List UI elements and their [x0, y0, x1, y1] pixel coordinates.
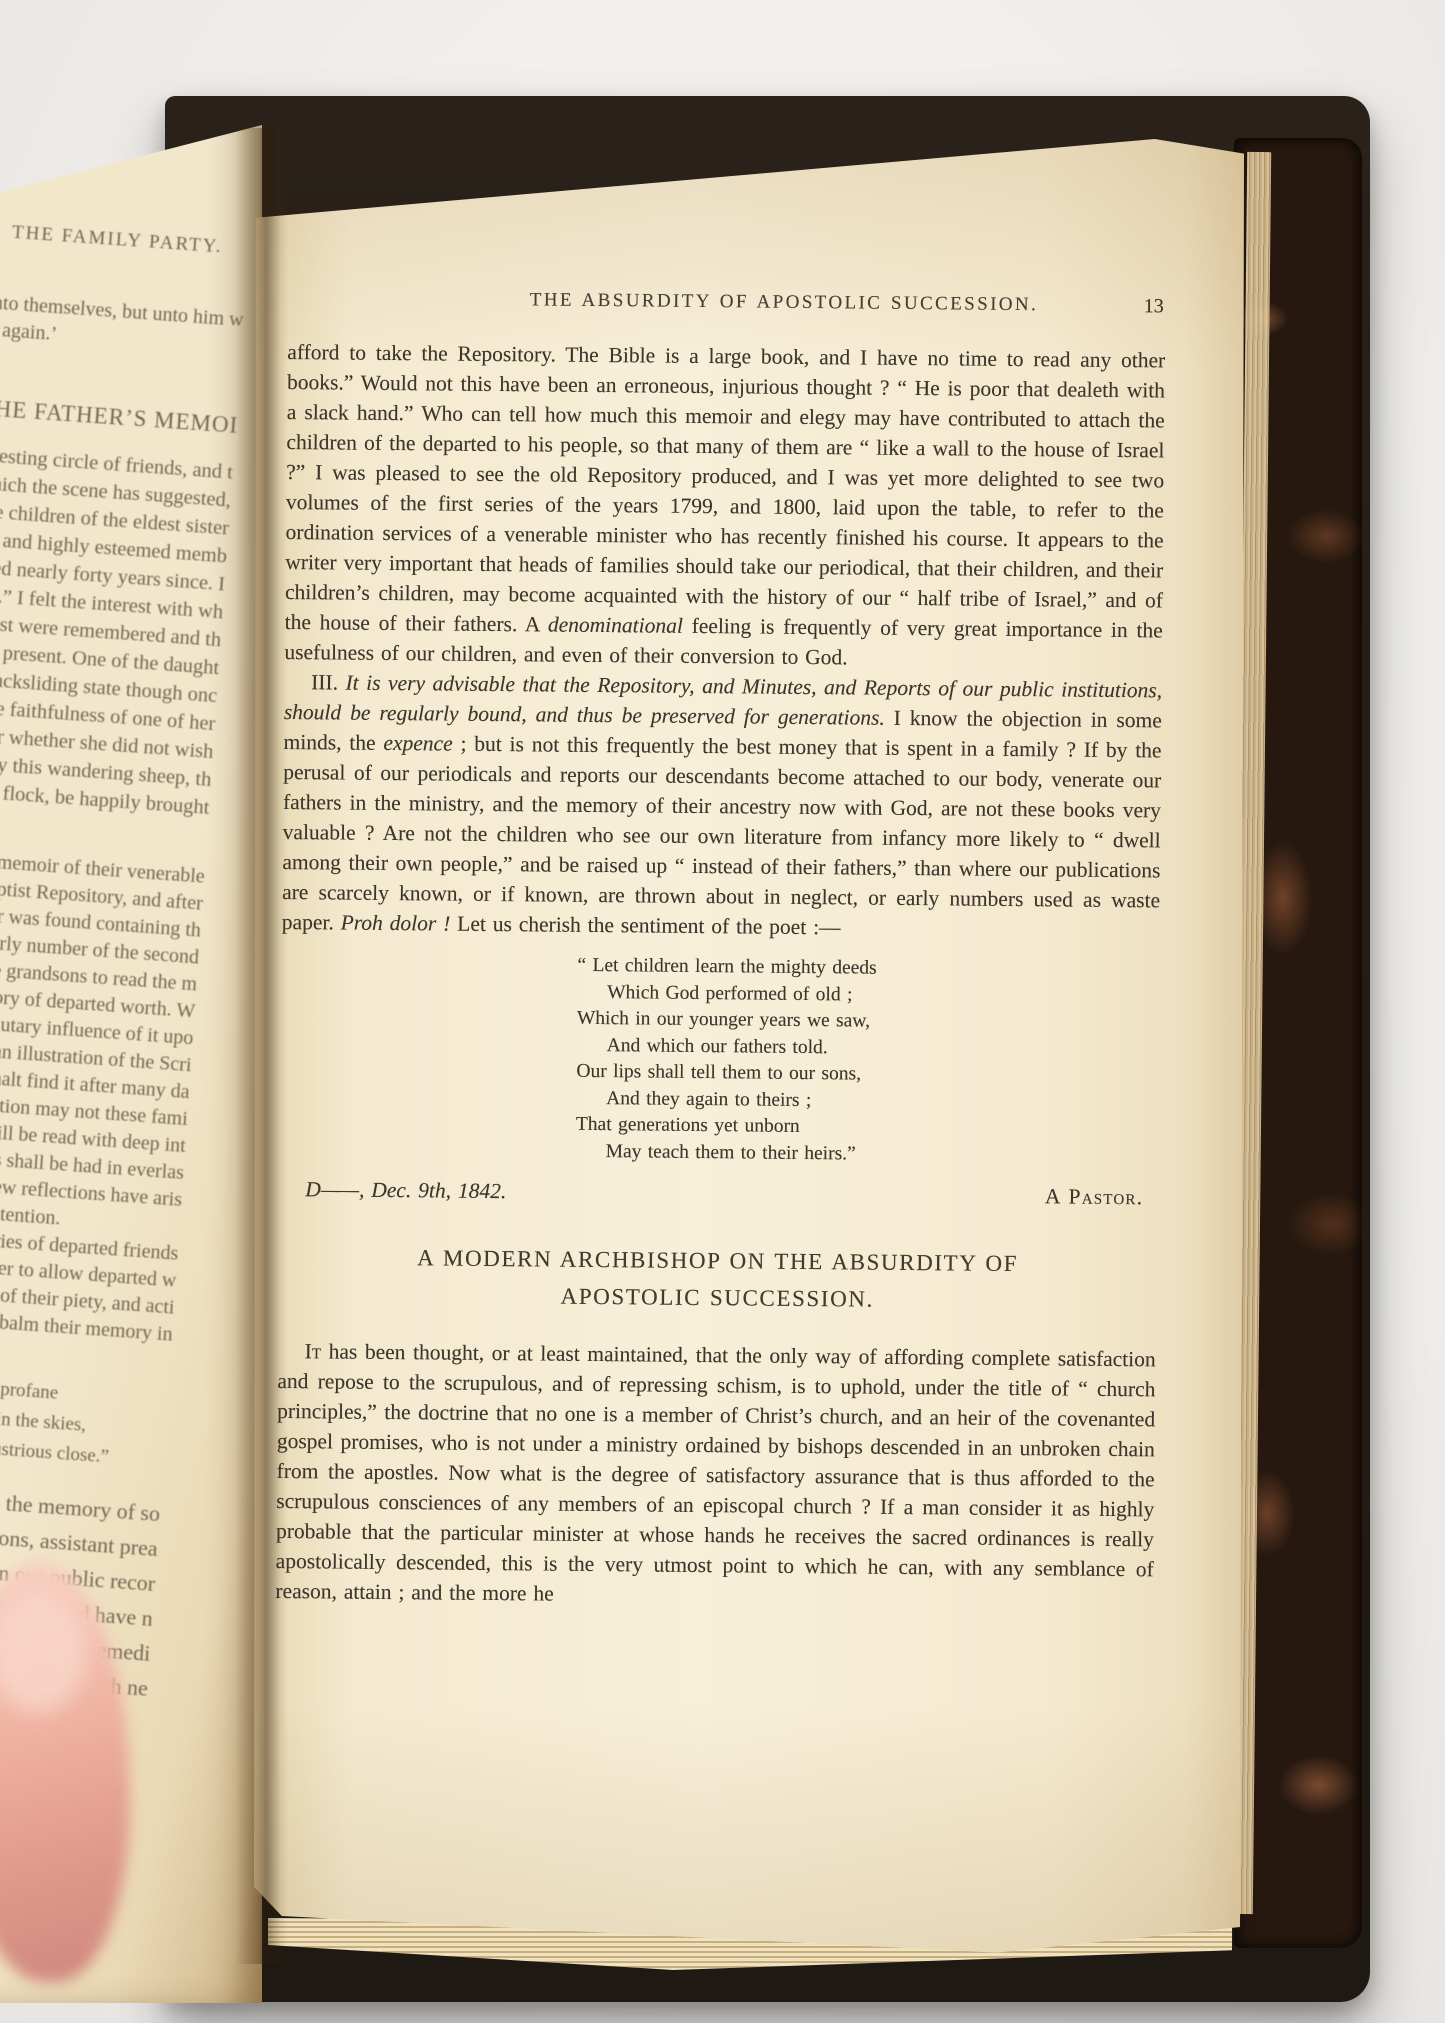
text-run: has been thought, or at least maintained… — [275, 1339, 1155, 1605]
text-run: afford to take the Repository. The Bible… — [285, 340, 1166, 637]
page-number: 13 — [1144, 291, 1164, 321]
left-poem-fragment: t were profane glory lighted in the skie… — [0, 1367, 169, 1476]
header-row: THE ABSURDITY OF APOSTOLIC SUCCESSION. 1… — [288, 283, 1166, 325]
paragraph-repository: afford to take the Repository. The Bible… — [284, 337, 1165, 675]
poem: “ Let children learn the mighty deeds Wh… — [576, 953, 1160, 1171]
left-paragraph-1: ing I met an interesting circle of frien… — [0, 432, 234, 822]
list-numeral: III. — [311, 670, 338, 694]
poem-line: May teach them to their heirs.” — [576, 1138, 1158, 1170]
right-page-text: THE ABSURDITY OF APOSTOLIC SUCCESSION. 1… — [275, 283, 1166, 1614]
paragraph-third-advice: III. It is very advisable that the Repos… — [282, 667, 1163, 945]
book-photo: { "photo": { "backdrop_color": "#f1efec"… — [0, 0, 1445, 2023]
left-paragraph-2: ome one that a memoir of their venerable… — [0, 839, 206, 1349]
section-heading: A MODERN ARCHBISHOP ON THE ABSURDITY OF … — [278, 1238, 1157, 1320]
running-header: THE ABSURDITY OF APOSTOLIC SUCCESSION. — [530, 285, 1039, 320]
text-run-italic: Proh dolor ! — [341, 911, 451, 936]
left-fragment: t henceforth live unto themselves, but u… — [0, 279, 244, 361]
dateline-row: D——, Dec. 9th, 1842. A Pastor. — [279, 1174, 1157, 1212]
text-run-italic: denominational — [548, 613, 683, 638]
section-heading-line: APOSTOLIC SUCCESSION. — [278, 1275, 1156, 1320]
left-running-header: THE FAMILY PARTY. — [11, 219, 249, 262]
lead-small-caps: It — [305, 1339, 322, 1363]
text-run: ; but is not this frequently the best mo… — [282, 732, 1162, 935]
dateline: D——, Dec. 9th, 1842. — [305, 1174, 506, 1206]
left-article-heading: LY PARTY, OR THE FATHER’S MEMOI — [0, 383, 239, 438]
signature: A Pastor. — [1045, 1181, 1144, 1212]
text-run-italic: expence — [383, 731, 452, 756]
paragraph-archbishop: It has been thought, or at least maintai… — [275, 1336, 1156, 1614]
right-page: THE ABSURDITY OF APOSTOLIC SUCCESSION. 1… — [252, 128, 1244, 1960]
text-run: Let us cherish the sentiment of the poet… — [450, 912, 840, 940]
